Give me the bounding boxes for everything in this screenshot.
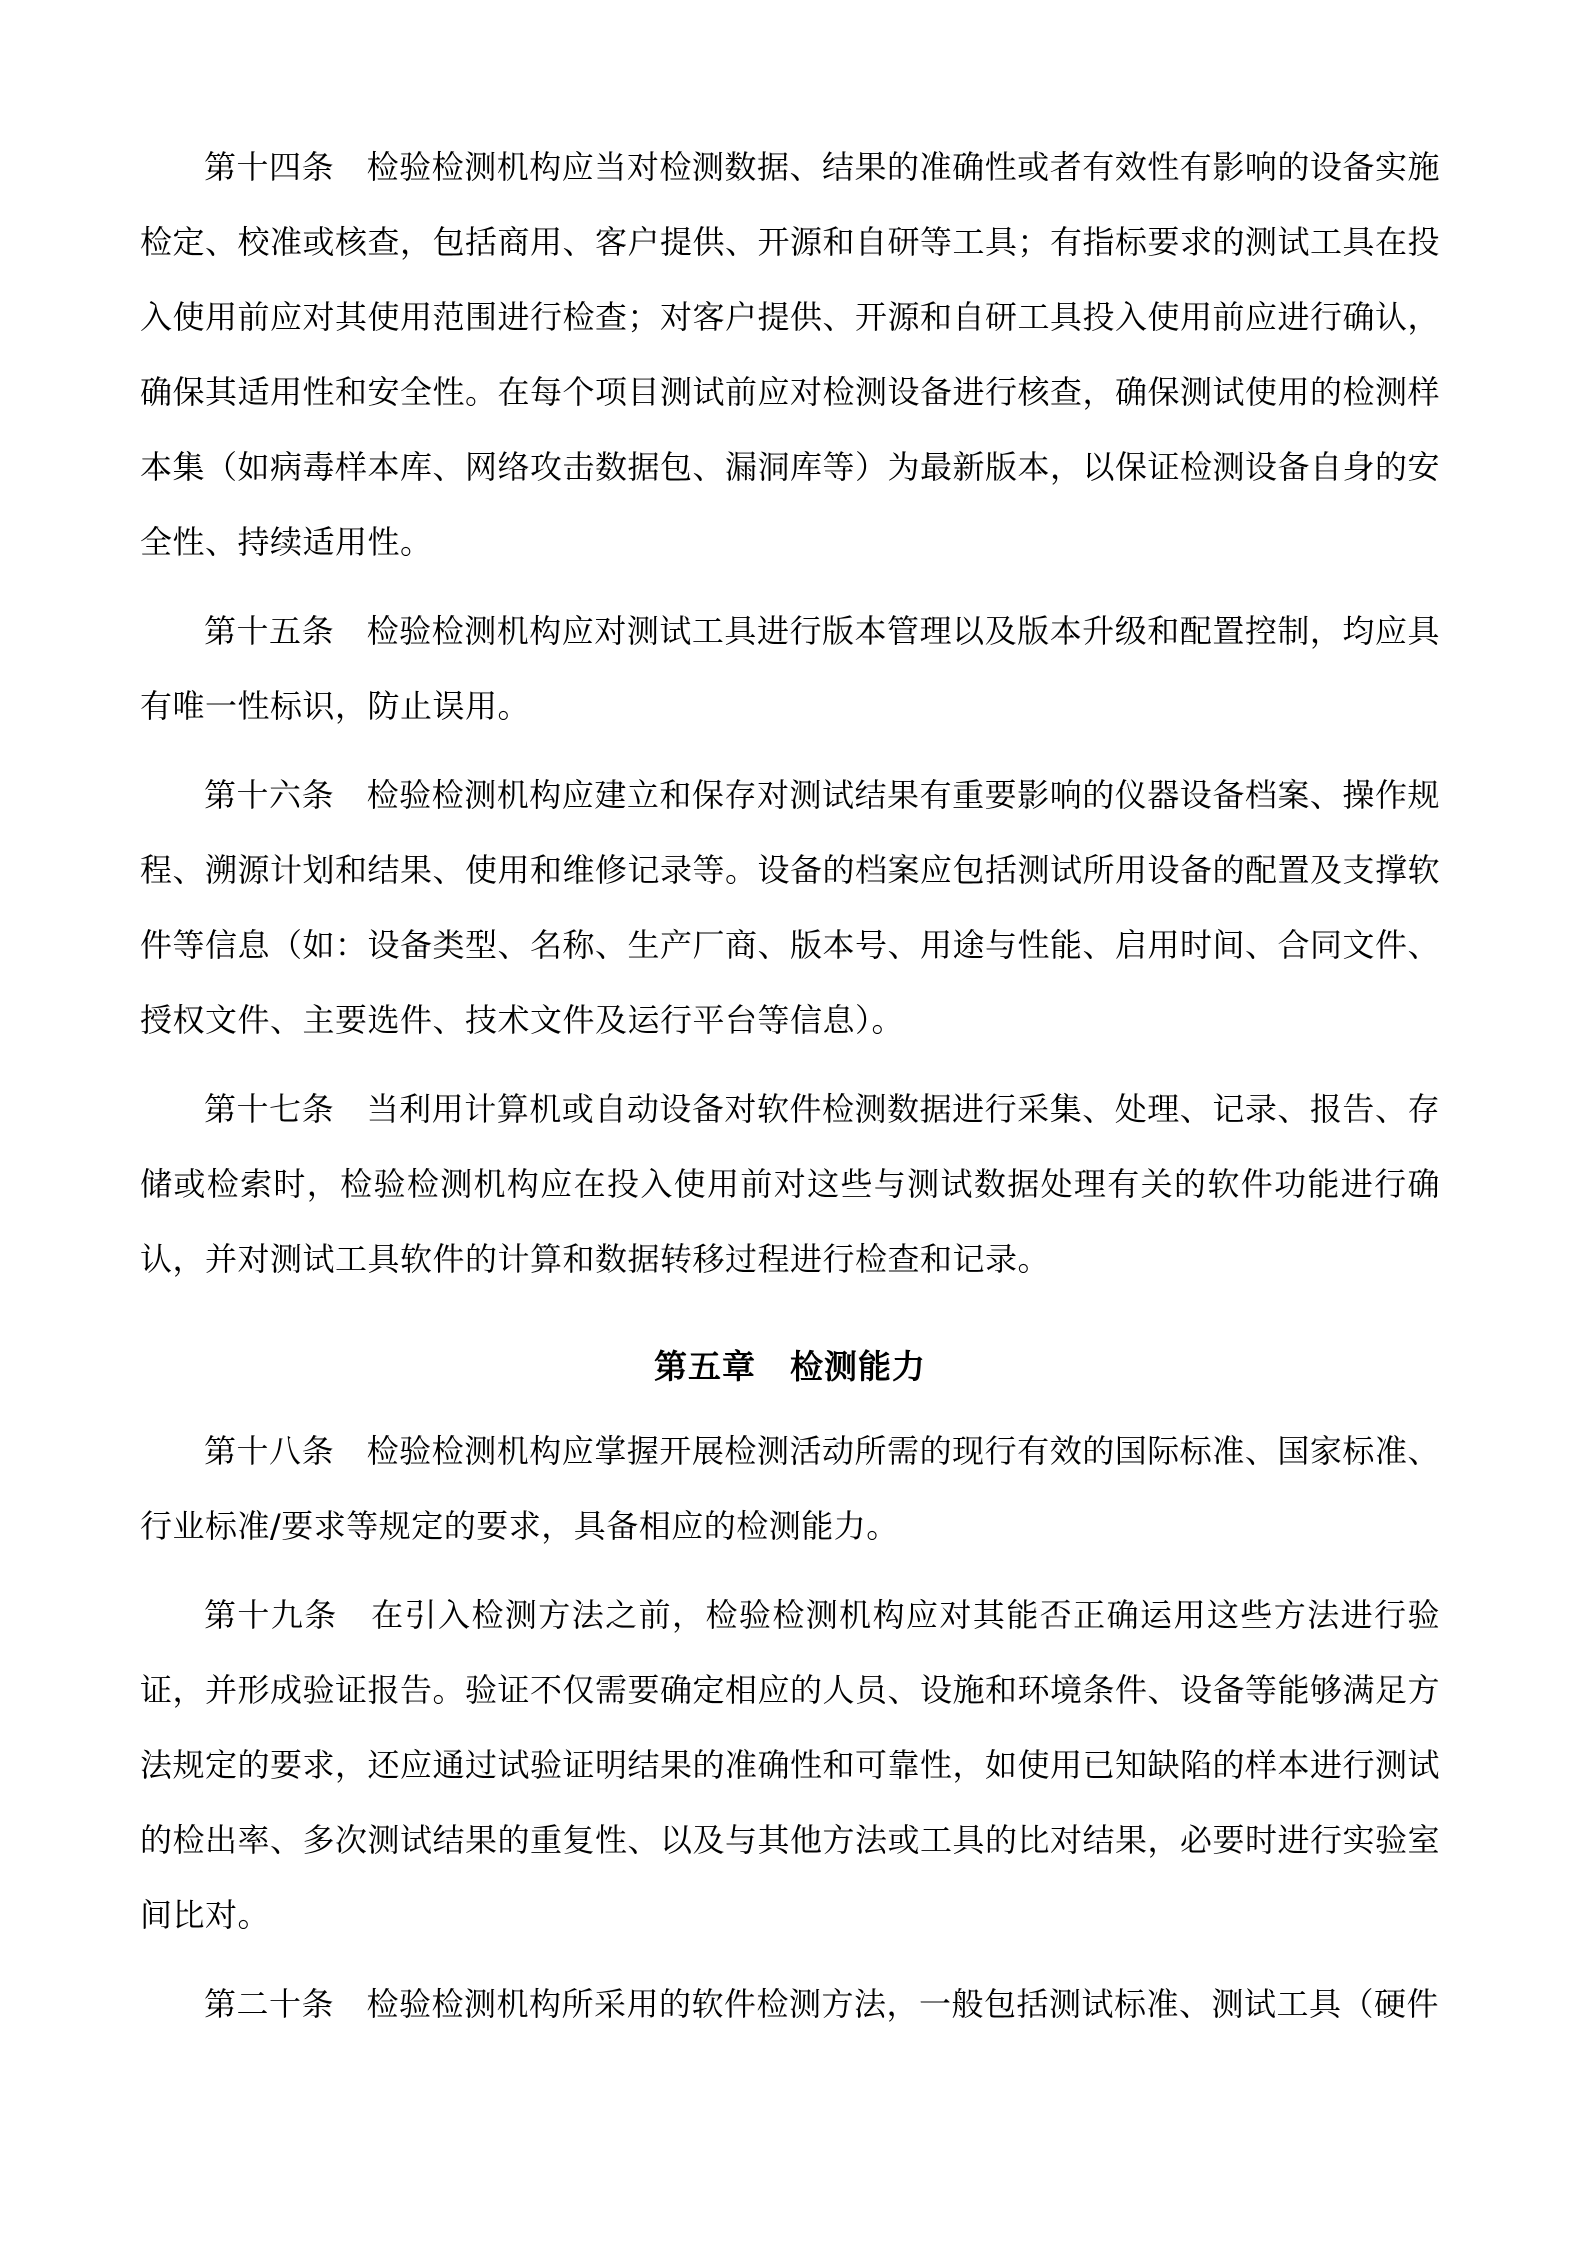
article-14-paragraph: 第十四条 检验检测机构应当对检测数据、结果的准确性或者有效性有影响的设备实施检定… [140, 130, 1440, 580]
article-15-paragraph: 第十五条 检验检测机构应对测试工具进行版本管理以及版本升级和配置控制，均应具有唯… [140, 594, 1440, 744]
article-18-paragraph: 第十八条 检验检测机构应掌握开展检测活动所需的现行有效的国际标准、国家标准、行业… [140, 1414, 1440, 1564]
chapter-5-heading: 第五章 检测能力 [140, 1329, 1440, 1404]
article-20-paragraph: 第二十条 检验检测机构所采用的软件检测方法，一般包括测试标准、测试工具（硬件 [140, 1967, 1440, 2042]
article-17-paragraph: 第十七条 当利用计算机或自动设备对软件检测数据进行采集、处理、记录、报告、存储或… [140, 1072, 1440, 1297]
article-19-paragraph: 第十九条 在引入检测方法之前，检验检测机构应对其能否正确运用这些方法进行验证，并… [140, 1578, 1440, 1953]
document-page: 第十四条 检验检测机构应当对检测数据、结果的准确性或者有效性有影响的设备实施检定… [0, 0, 1587, 2245]
article-16-paragraph: 第十六条 检验检测机构应建立和保存对测试结果有重要影响的仪器设备档案、操作规程、… [140, 758, 1440, 1058]
